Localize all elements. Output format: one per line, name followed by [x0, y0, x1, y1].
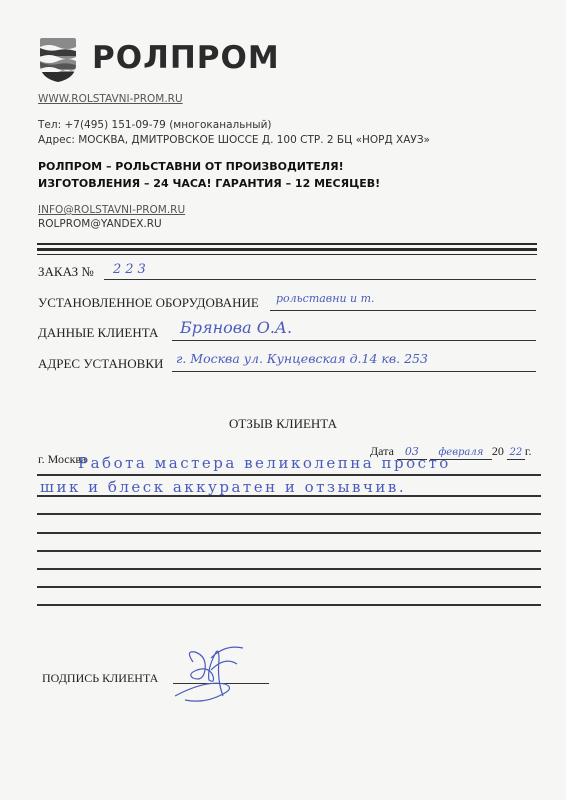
- logo-icon: [40, 38, 76, 82]
- email-yandex: ROLPROM@YANDEX.RU: [38, 217, 162, 232]
- order-label: ЗАКАЗ №: [38, 264, 94, 280]
- address-label: АДРЕС УСТАНОВКИ: [38, 356, 163, 372]
- review-text-line-2[interactable]: шик и блеск аккуратен и отзывчив.: [40, 478, 406, 496]
- equipment-field[interactable]: рольставни и т.: [276, 292, 375, 305]
- date-year-field[interactable]: 22: [507, 444, 525, 460]
- signature-icon[interactable]: [165, 640, 275, 710]
- website-link[interactable]: WWW.ROLSTAVNI-PROM.RU: [38, 93, 183, 105]
- review-line: [37, 495, 541, 497]
- equipment-label: УСТАНОВЛЕННОЕ ОБОРУДОВАНИЕ: [38, 295, 259, 311]
- review-text-line-1[interactable]: Работа мастера великолепна просто: [78, 454, 451, 472]
- phone-text: Тел: +7(495) 151-09-79 (многоканальный): [38, 118, 272, 133]
- order-number-field[interactable]: 223: [113, 262, 150, 277]
- email-link-info[interactable]: INFO@ROLSTAVNI-PROM.RU: [38, 204, 185, 216]
- divider: [37, 243, 537, 245]
- address-text: Адрес: МОСКВА, ДМИТРОВСКОЕ ШОССЕ Д. 100 …: [38, 133, 430, 148]
- review-line: [37, 513, 541, 515]
- divider: [37, 248, 537, 251]
- review-line: [37, 586, 541, 588]
- client-field-line: [172, 340, 536, 341]
- review-line: [37, 550, 541, 552]
- order-field-line: [104, 279, 536, 280]
- client-label: ДАННЫЕ КЛИЕНТА: [38, 325, 158, 341]
- equipment-field-line: [270, 310, 536, 311]
- brand-name: РОЛПРОМ: [92, 40, 280, 76]
- slogan-line-2: ИЗГОТОВЛЕНИЯ – 24 ЧАСА! ГАРАНТИЯ – 12 МЕ…: [38, 175, 380, 192]
- address-field[interactable]: г. Москва ул. Кунцевская д.14 кв. 253: [176, 351, 428, 366]
- slogan-line-1: РОЛПРОМ – РОЛЬСТАВНИ ОТ ПРОИЗВОДИТЕЛЯ!: [38, 158, 344, 175]
- client-field[interactable]: Брянова О.А.: [180, 318, 292, 337]
- review-line: [37, 604, 541, 606]
- signature-label: ПОДПИСЬ КЛИЕНТА: [42, 671, 158, 686]
- review-line: [37, 532, 541, 534]
- address-field-line: [172, 371, 536, 372]
- review-line: [37, 474, 541, 476]
- divider: [37, 254, 537, 255]
- review-line: [37, 568, 541, 570]
- review-title: ОТЗЫВ КЛИЕНТА: [0, 416, 566, 432]
